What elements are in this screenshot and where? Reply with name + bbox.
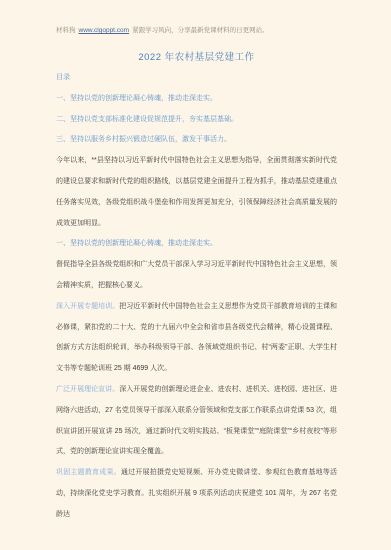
paragraph-lecture: 广泛开展理论宣讲。深入开展党的创新理论进企业、进农村、进机关、进校园、进社区、进… bbox=[56, 380, 337, 463]
paragraph-training-text: 把习近平新时代中国特色社会主义思想作为党员干部教育培训的主课和必修课，紧扣党的二… bbox=[56, 303, 337, 372]
toc-item-1: 一、坚持以党的创新理论凝心铸魂，推动走深走实。 bbox=[56, 89, 337, 110]
site-name: 材料狗 bbox=[56, 27, 76, 34]
paragraph-education: 巩固主题教育成果。通过开展拍摄党史短视频、开办党史微讲堂、参观红色教育基地等活动… bbox=[56, 463, 337, 525]
site-url-link[interactable]: www.clgoppt.com bbox=[79, 27, 130, 34]
toc-heading: 目录 bbox=[56, 68, 337, 89]
toc-item-2: 二、坚持以党支部标准化建设促规范提升，夯实基层基础。 bbox=[56, 110, 337, 131]
site-tagline: 紧跟学习风向，分享最新党课材料的日更网站。 bbox=[132, 27, 269, 34]
document-page: 材料狗www.clgoppt.com紧跟学习风向，分享最新党课材料的日更网站。 … bbox=[0, 0, 391, 550]
lead-phrase-education: 巩固主题教育成果。 bbox=[56, 469, 121, 476]
paragraph-lecture-text: 深入开展党的创新理论进企业、进农村、进机关、进校园、进社区、进网络六进活动，27… bbox=[56, 386, 337, 455]
document-title: 2022 年农村基层党建工作 bbox=[56, 50, 337, 66]
site-header: 材料狗www.clgoppt.com紧跟学习风向，分享最新党课材料的日更网站。 bbox=[56, 26, 337, 35]
paragraph-training: 深入开展专题培训。把习近平新时代中国特色社会主义思想作为党员干部教育培训的主课和… bbox=[56, 297, 337, 380]
section-heading-1: 一、坚持以党的创新理论凝心铸魂，推动走深走实。 bbox=[56, 234, 337, 255]
lead-phrase-training: 深入开展专题培训。 bbox=[56, 303, 119, 310]
lead-phrase-lecture: 广泛开展理论宣讲。 bbox=[56, 386, 119, 393]
toc-item-3: 三、坚持以服务乡村振兴锻造过硬队伍，激发干事活力。 bbox=[56, 130, 337, 151]
paragraph-section1-intro: 督促指导全县各级党组织和广大党员干部深入学习习近平新时代中国特色社会主义思想，领… bbox=[56, 255, 337, 297]
paragraph-overview: 今年以来，**县坚持以习近平新时代中国特色社会主义思想为指导，全面贯彻落实新时代… bbox=[56, 151, 337, 234]
paragraph-education-text: 通过开展拍摄党史短视频、开办党史微讲堂、参观红色教育基地等活动，持续深化党史学习… bbox=[56, 469, 337, 518]
